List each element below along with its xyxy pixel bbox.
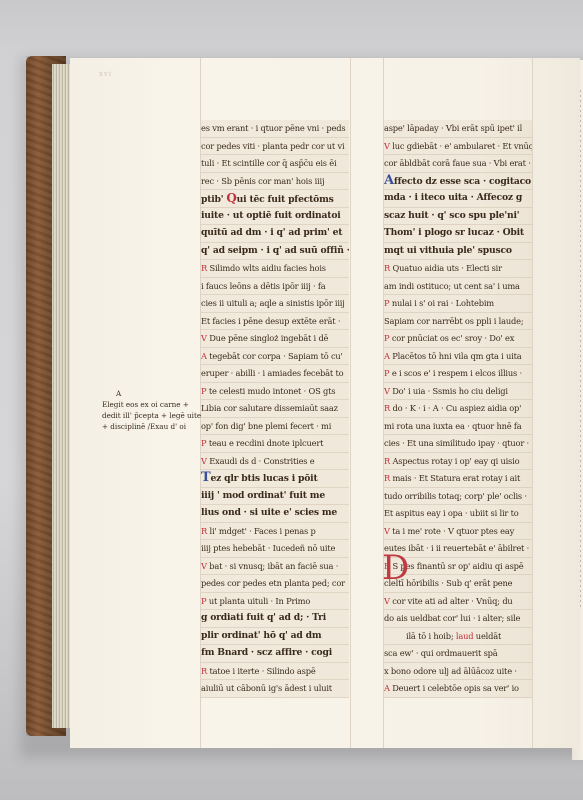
- text-line: P e i scos e' i respem i elcos illius ·: [384, 365, 532, 383]
- text-line: V ta i me' rote · V qtuor ptes eay: [384, 523, 532, 541]
- blue-initial: A: [384, 173, 394, 188]
- text-line: pedes cor pedes etn planta ped; cor: [201, 575, 349, 593]
- text-line: mqt ui vithuia ple' spusco: [384, 243, 532, 261]
- margin-note-line: dedit ill' p̄cepta + legē uite: [102, 410, 212, 421]
- rubric-mark: R: [384, 473, 390, 483]
- text-line: R Aspectus rotay i op' eay qi uisio: [384, 453, 532, 471]
- rubric-mark: P: [201, 438, 206, 448]
- text-line: cies · Et una similitudo ipay · qtuor ·: [384, 435, 532, 453]
- margin-note-mark: A: [102, 388, 212, 399]
- text-line: cies ii uituli a; aqle a sinistis ipōr i…: [201, 295, 349, 313]
- text-line: quītū ad dm · i q' ad prim' et: [201, 225, 349, 243]
- rubric-mark: R: [201, 526, 207, 536]
- page-edges: [52, 64, 72, 728]
- text-line: scaz huit · q' sco spu ple'ni': [384, 208, 532, 226]
- text-line: iiij ' mod ordinat' fuit me: [201, 488, 349, 506]
- text-line: V cor vite ati ad alter · Vnūq; du: [384, 593, 532, 611]
- text-line: aspe' lāpaday · Vbi erāt spū ipet' il: [384, 120, 532, 138]
- rubric-mark: P: [201, 386, 206, 396]
- text-line: am indi ostituco; ut cent sa' i uma: [384, 278, 532, 296]
- text-line: eruper · abilli · i amiades fecebāt to: [201, 365, 349, 383]
- rubric-word: laud: [456, 631, 473, 641]
- rubric-mark: P: [384, 368, 389, 378]
- rubric-mark: R: [384, 456, 390, 466]
- text-line: op' fon dig' bne plemi fecert · mi: [201, 418, 349, 436]
- text-line: sca ew' · qui ordmauerit spā: [384, 645, 532, 663]
- text-line: V bat · si vnusq; ibāt an faciē sua ·: [201, 558, 349, 576]
- margin-note-line: Elegit eos ex oi carne +: [102, 399, 212, 410]
- red-initial: Q: [226, 191, 236, 205]
- rubric-mark: R: [384, 403, 390, 413]
- rubric-mark: A: [384, 351, 390, 361]
- text-line: Affecto dz esse sca · cogitaco: [384, 173, 532, 191]
- text-line: plir ordinat' hō q' ad dm: [201, 628, 349, 646]
- text-line: lius ond · si uite e' scies me: [201, 505, 349, 523]
- rubric-mark: V: [201, 333, 207, 343]
- text-line: rec · Sb pēnis cor man' hois iiij: [201, 173, 349, 191]
- text-line: A Deuert i celebtōe opis sa ver' io: [384, 680, 532, 698]
- folio-mark: xvi: [99, 70, 112, 78]
- text-line: ilā tō i hoib; laud ueldāt: [384, 628, 532, 646]
- ruling-line: [532, 58, 533, 748]
- text-line: cor pedes viti · planta pedr cor ut vi: [201, 138, 349, 156]
- text-line: P cor pnūciat os ec' sroy · Do' ex: [384, 330, 532, 348]
- rubric-mark: R: [384, 263, 390, 273]
- rubric-mark: P: [201, 596, 206, 606]
- left-text-column: es vm erant · i qtuor pēne vni · pedscor…: [201, 120, 349, 698]
- text-line: cor ābldbāt corā faue sua · Vbi erat ·: [384, 155, 532, 173]
- blue-initial: T: [201, 470, 210, 485]
- text-line: Et aspitus eay i opa · ubiit si lir to: [384, 505, 532, 523]
- rubric-mark: V: [201, 456, 207, 466]
- text-line: mda · i iteco uita · Affecoz g: [384, 190, 532, 208]
- text-line: aiuliū ut cābonū ig's ādest i uluit: [201, 680, 349, 698]
- text-line: do ais ueldbat cor' lui · i alter; sile: [384, 610, 532, 628]
- text-line: Sapiam cor narrēbt os ppli i laude;: [384, 313, 532, 331]
- text-line: R mais · Et Statura erat rotay i ait: [384, 470, 532, 488]
- text-line: V Do' i uia · Ssmis ho ciu deligi: [384, 383, 532, 401]
- text-line: Libia cor salutare dissemiaūt saaz: [201, 400, 349, 418]
- text-line: i faucs leōns a dētis ipōr iiij · fa: [201, 278, 349, 296]
- text-line: P ut planta uituli · In Primo: [201, 593, 349, 611]
- text-line: R Quatuo aidia uts · Electi sir: [384, 260, 532, 278]
- text-line: V luc gdiebāt · e' ambularet · Et vnūq;: [384, 138, 532, 156]
- marginal-note: A Elegit eos ex oi carne + dedit ill' p̄…: [102, 388, 212, 432]
- text-line: iiij ptes hebebāt · Iucedeñ nō uite: [201, 540, 349, 558]
- text-line: Tez qlr btis lucas i pōit: [201, 470, 349, 488]
- manuscript-page: xvi A Elegit eos ex oi carne + dedit ill…: [70, 58, 580, 748]
- text-line: x bono odore ulj ad ālūācoz uite ·: [384, 663, 532, 681]
- rubric-mark: V: [384, 526, 390, 536]
- decorated-initial-d: D: [382, 548, 409, 588]
- rubric-mark: R: [201, 666, 207, 676]
- text-line: tudo orribilis totaq; corp' ple' oclis ·: [384, 488, 532, 506]
- text-line: R tatoe i iterte · Silindo aspē: [201, 663, 349, 681]
- rubric-mark: A: [384, 683, 390, 693]
- rubric-mark: V: [384, 386, 390, 396]
- rubric-mark: P: [384, 333, 389, 343]
- text-line: P nulai i s' oi rai · Lohtebim: [384, 295, 532, 313]
- text-line: P te celesti mudo intonet · OS gts: [201, 383, 349, 401]
- margin-note-line: + disciplinē /Exau d' oi: [102, 421, 212, 432]
- text-line: fm Bnard · scz affire · cogi: [201, 645, 349, 663]
- rubric-mark: V: [201, 561, 207, 571]
- right-text-column: aspe' lāpaday · Vbi erāt spū ipet' ilV l…: [384, 120, 532, 698]
- rubric-mark: V: [384, 141, 390, 151]
- text-line: A tegebāt cor corpa · Sapiam tō cu': [201, 348, 349, 366]
- text-line: Et facies i pēne desup extēte erāt ·: [201, 313, 349, 331]
- rubric-mark: R: [201, 263, 207, 273]
- text-line: V Exaudi ds d · Constrities e: [201, 453, 349, 471]
- rubric-mark: A: [201, 351, 207, 361]
- text-line: tuli · Et scintille cor q̄ asp̄c̄u eis ē…: [201, 155, 349, 173]
- text-line: R Silimdo wlts aidiu facies hois: [201, 260, 349, 278]
- rubric-mark: V: [384, 596, 390, 606]
- text-line: V Due pēne singloż ingebāt i dē: [201, 330, 349, 348]
- rubric-mark: P: [384, 298, 389, 308]
- text-line: Thom' i plogo sr lucaz · Obit: [384, 225, 532, 243]
- text-line: A Placētos tō hni vila qm gta i uita: [384, 348, 532, 366]
- text-line: mi rota una iuxta ea · qtuor hnē fa: [384, 418, 532, 436]
- text-line: iuite · ut optiē fuit ordinatoi: [201, 208, 349, 226]
- text-line: R li' mdget' · Faces i penas p: [201, 523, 349, 541]
- text-line: q' ad seipm · i q' ad suū offiñ ·: [201, 243, 349, 261]
- ruling-line: [350, 58, 351, 748]
- text-line: es vm erant · i qtuor pēne vni · peds: [201, 120, 349, 138]
- text-line: P teau e recdini dnote iplcuert: [201, 435, 349, 453]
- text-line: R do · K · i · A · Cu aspiez aidia op': [384, 400, 532, 418]
- text-line: ptib' Qui tēc fuit pfectōms: [201, 190, 349, 208]
- text-line: g ordiati fuit q' ad d; · Tri: [201, 610, 349, 628]
